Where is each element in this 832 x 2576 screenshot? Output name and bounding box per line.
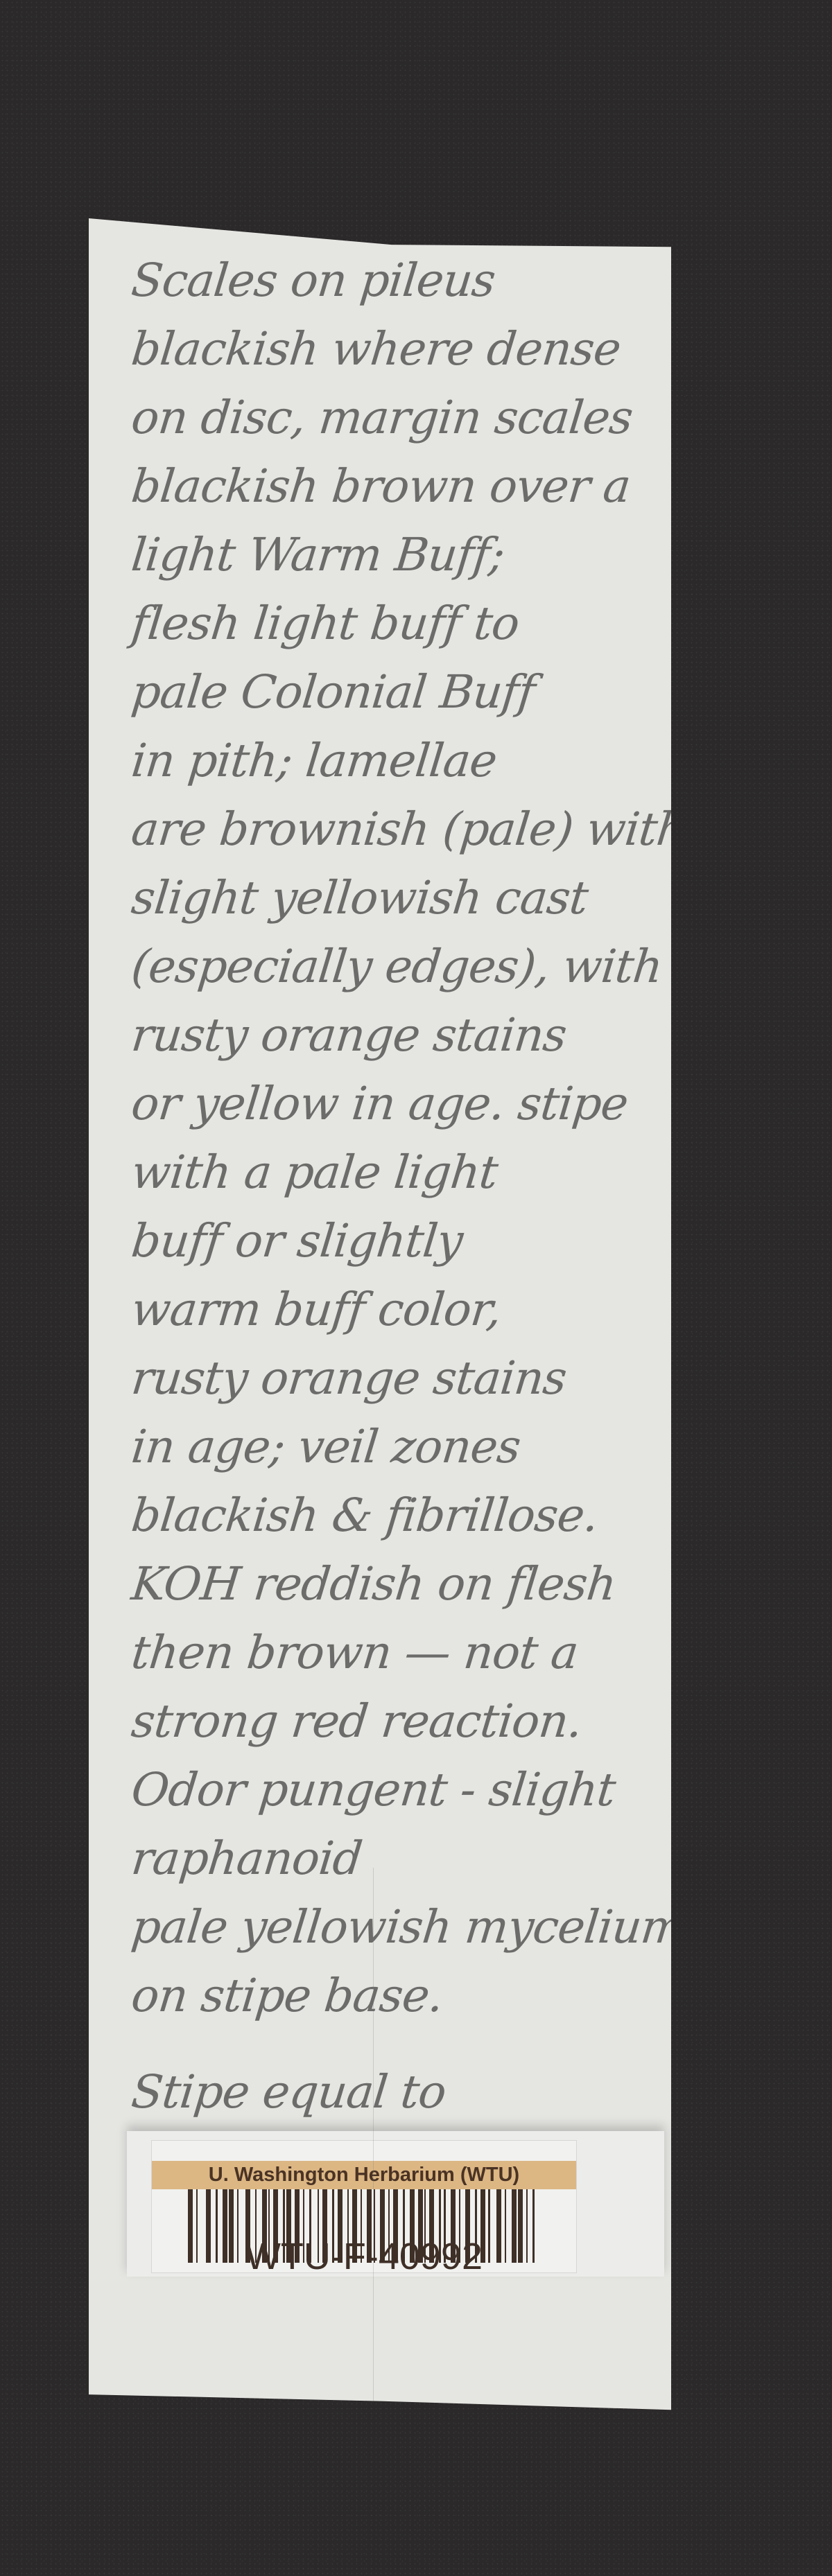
herbarium-barcode-label: U. Washington Herbarium (WTU) WTU-F-4099… (151, 2140, 577, 2273)
institution-name: U. Washington Herbarium (WTU) (152, 2161, 576, 2189)
note-line: Stipe equal to (128, 2058, 662, 2126)
note-line: on disc, margin scales (128, 383, 662, 452)
note-line: blackish where dense (128, 315, 662, 383)
note-line: blackish brown over a (128, 452, 662, 520)
note-line: KOH reddish on flesh (128, 1550, 662, 1618)
note-line: Odor pungent - slight (128, 1755, 662, 1824)
note-line: pale yellowish mycelium (128, 1893, 662, 1961)
handwritten-notes: Scales on pileus blackish where dense on… (132, 246, 659, 2263)
field-notes-slip: Scales on pileus blackish where dense on… (89, 218, 671, 2419)
note-line: in pith; lamellae (128, 726, 662, 795)
note-line: then brown — not a (128, 1618, 662, 1687)
note-line: flesh light buff to (128, 589, 662, 658)
note-line: with a pale light (128, 1138, 662, 1207)
note-line: buff or slightly (128, 1207, 662, 1275)
note-line: blackish & fibrillose. (128, 1481, 662, 1550)
note-line: (especially edges), with (128, 932, 662, 1001)
catalog-number: WTU-F-40992 (152, 2238, 576, 2275)
note-line: pale Colonial Buff (128, 658, 662, 726)
note-line: raphanoid (128, 1824, 662, 1893)
note-line: rusty orange stains (128, 1001, 662, 1069)
note-line: rusty orange stains (128, 1344, 662, 1412)
note-line: in age; veil zones (128, 1412, 662, 1481)
note-line: on stipe base. (128, 1961, 662, 2030)
note-line: Scales on pileus (128, 246, 662, 315)
note-line: are brownish (pale) with (128, 795, 662, 864)
note-line: light Warm Buff; (128, 520, 662, 589)
note-line: strong red reaction. (128, 1687, 662, 1755)
note-line: or yellow in age. stipe (128, 1069, 662, 1138)
note-line: slight yellowish cast (128, 864, 662, 932)
note-line: warm buff color, (128, 1275, 662, 1344)
